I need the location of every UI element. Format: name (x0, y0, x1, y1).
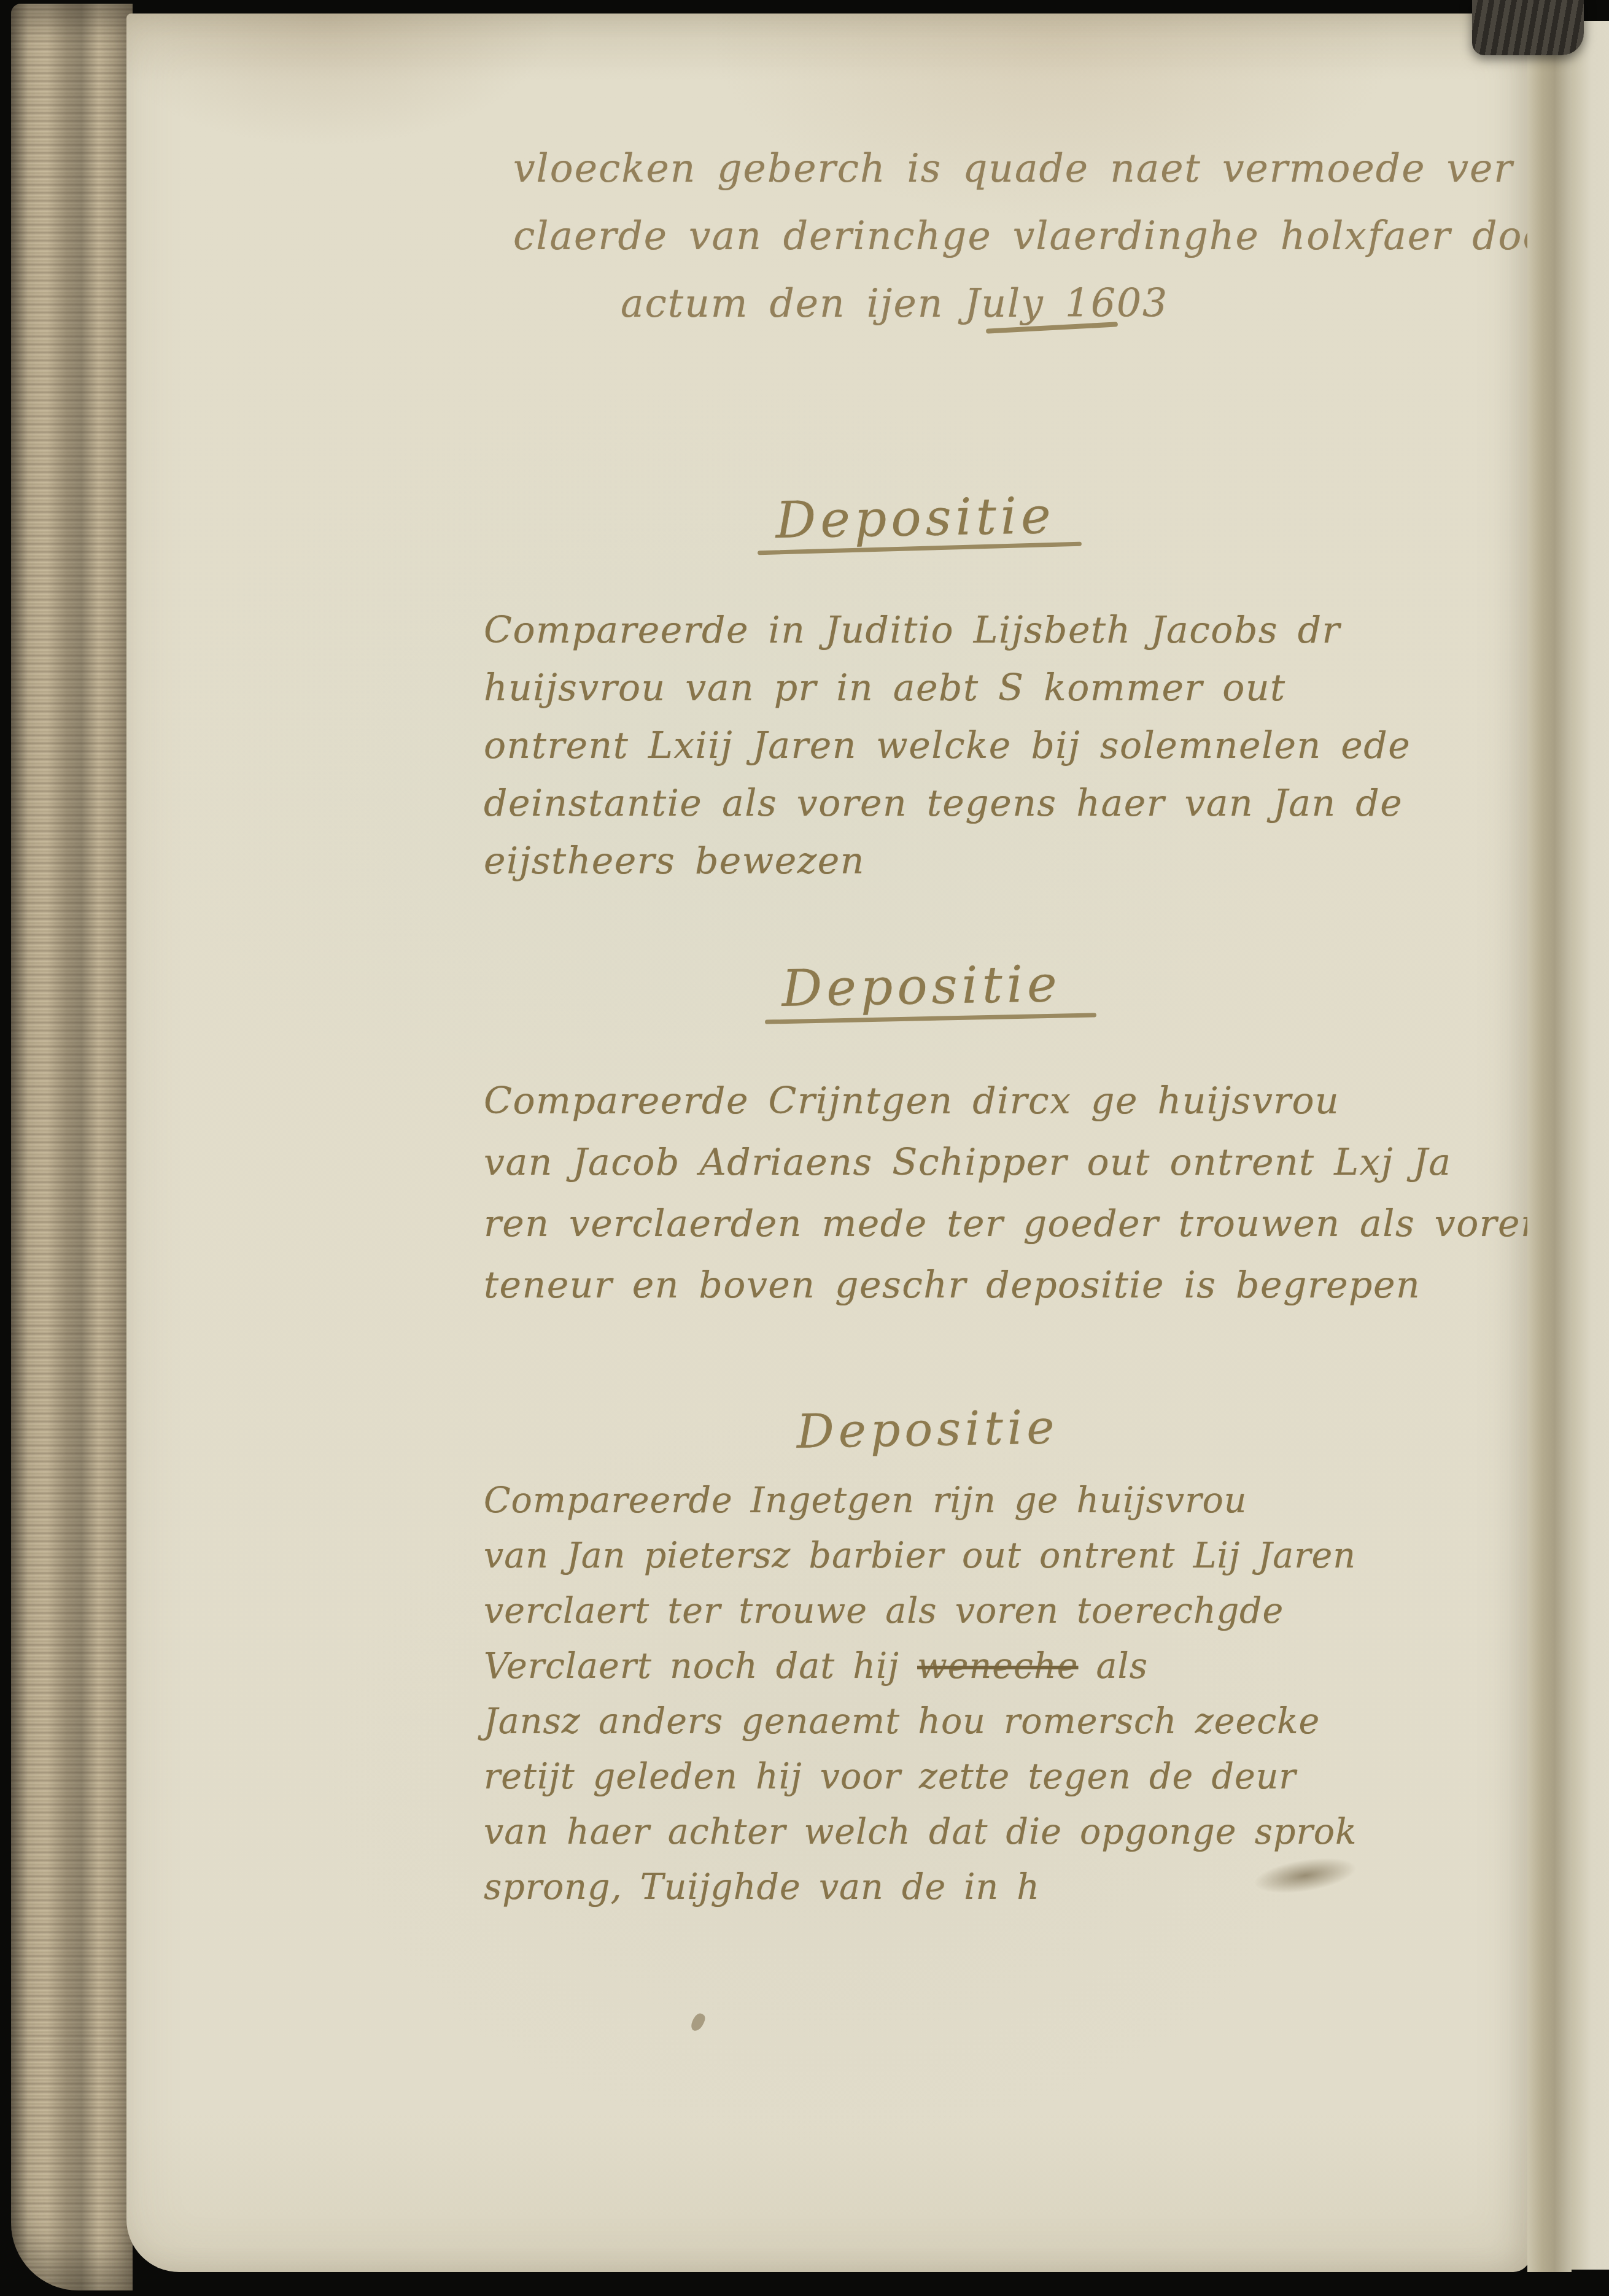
book-scan: vloecken geberch is quade naet vermoede … (0, 0, 1609, 2296)
manuscript-line: claerde van derinchge vlaerdinghe holxfa… (513, 203, 1572, 270)
struck-word: weneche (917, 1646, 1078, 1687)
manuscript-line: deinstantie als voren tegens haer van Ja… (484, 775, 1411, 832)
manuscript-line: van Jacob Adriaens Schipper out ontrent … (484, 1132, 1545, 1193)
manuscript-line: huijsvrou van pr in aebt S kommer out (484, 659, 1411, 717)
manuscript-line: retijt geleden hij voor zette tegen de d… (484, 1749, 1357, 1804)
manuscript-line: sprong, Tuijghde van de in h (484, 1860, 1357, 1915)
manuscript-line: vloecken geberch is quade naet vermoede … (513, 135, 1572, 203)
manuscript-line: van haer achter welch dat die opgonge sp… (484, 1804, 1357, 1860)
deposition-paragraph-3: Compareerde Ingetgen rijn ge huijsvrou v… (484, 1473, 1357, 1915)
manuscript-line: ren verclaerden mede ter goeder trouwen … (484, 1193, 1545, 1254)
manuscript-line: teneur en boven geschr depositie is begr… (484, 1254, 1545, 1316)
line-segment: Verclaert noch dat hij (484, 1646, 917, 1687)
facing-page-sliver (1569, 21, 1609, 2270)
manuscript-line: ontrent Lxiij Jaren welcke bij solemnele… (484, 717, 1411, 775)
heading-depositie-2: Depositie (706, 954, 1137, 1019)
manuscript-line: van Jan pietersz barbier out ontrent Lij… (484, 1528, 1357, 1583)
deposition-paragraph-1: Compareerde in Juditio Lijsbeth Jacobs d… (484, 601, 1411, 890)
spine-endband (1472, 0, 1584, 55)
manuscript-line: Compareerde Crijntgen dircx ge huijsvrou (484, 1070, 1545, 1132)
book-gutter-shadow (1527, 16, 1572, 2272)
heading-depositie-1: Depositie (700, 485, 1131, 551)
manuscript-line: Compareerde Ingetgen rijn ge huijsvrou (484, 1473, 1357, 1528)
ink-speck (689, 2012, 707, 2033)
heading-depositie-3: Depositie (712, 1398, 1142, 1460)
manuscript-line: Jansz anders genaemt hou romersch zeecke (484, 1694, 1357, 1749)
manuscript-page: vloecken geberch is quade naet vermoede … (126, 14, 1530, 2272)
deposition-paragraph-2: Compareerde Crijntgen dircx ge huijsvrou… (484, 1070, 1545, 1316)
line-segment: als (1078, 1646, 1148, 1687)
closing-note-paragraph: vloecken geberch is quade naet vermoede … (513, 135, 1572, 338)
manuscript-line-with-strikethrough: Verclaert noch dat hij weneche als (484, 1639, 1357, 1694)
manuscript-line: Compareerde in Juditio Lijsbeth Jacobs d… (484, 601, 1411, 659)
book-fore-edge-leaves (11, 4, 133, 2290)
manuscript-line: eijstheers bewezen (484, 832, 1411, 890)
manuscript-line: verclaert ter trouwe als voren toerechgd… (484, 1583, 1357, 1639)
